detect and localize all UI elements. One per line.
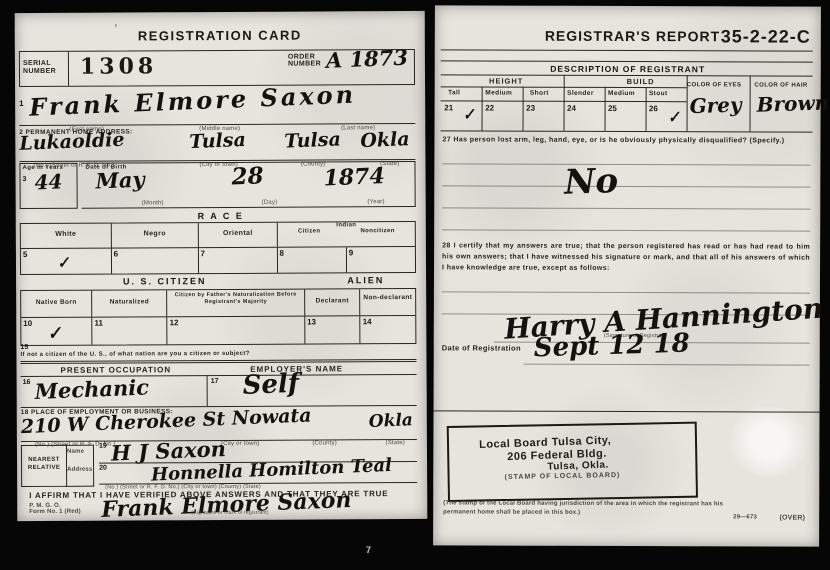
declarant-label: Declarant [305,289,360,304]
frame-page-mark: 7 [366,545,371,555]
row-number: 3 [23,176,27,183]
short-label: Short [530,90,549,97]
nation-question-row: 15 If not a citizen of the U. S., of wha… [20,345,416,362]
scan-artifact [723,406,813,476]
footer-form-code: 29—673 [733,514,757,520]
local-board-stamp-box: Local Board Tulsa City, 206 Federal Bldg… [447,422,698,502]
slender-label: Slender [567,90,594,97]
citizen-by-father-label: Citizen by Father's Naturalization Befor… [167,290,304,307]
serial-number-value: 1308 [80,53,157,79]
present-occupation-header: PRESENT OCCUPATION [61,365,172,375]
report-code: 35-2-22-C [721,26,811,47]
dob-day-value: 28 [231,162,264,190]
race-col-indian-noncitizen-label: Noncitizen [360,228,394,234]
race-table: White Negro Oriental Indian Citizen Nonc… [20,221,416,275]
address-state-value: Okla [360,128,410,152]
stamp-caption: (The stamp of the Local Board having jur… [443,499,743,518]
registrars-report-card: REGISTRAR'S REPORT 35-2-22-C DESCRIPTION… [433,5,821,546]
ruled-line [442,207,810,209]
build-box-24: 24 [567,104,576,113]
employer-value: Self [242,369,300,401]
row-number: 15 [20,344,28,351]
row-number: 20 [99,465,107,472]
build-box-25: 25 [608,104,617,113]
scanned-draft-card: ³ REGISTRATION CARD SERIAL NUMBER 1308 O… [0,0,830,570]
us-citizen-header: U. S. CITIZEN [123,276,207,286]
serial-order-row: SERIAL NUMBER 1308 ORDER NUMBER A 1873 [19,49,415,87]
race-col-oriental-label: Oriental [199,223,277,237]
report-title: REGISTRAR'S REPORT [545,28,720,45]
name-address-labels: Name Address [65,445,94,487]
ruled-line [524,364,810,366]
divider [207,375,208,406]
citizen-box-14: 14 [363,317,372,326]
medium-build-label: Medium [608,90,635,97]
ruled-line [442,163,810,165]
age-dob-row: Age in Years 3 44 Date of Birth May 28 1… [19,161,415,211]
checkmark-icon: ✓ [57,262,69,264]
race-box-9: 9 [349,248,354,257]
order-number-label: ORDER NUMBER [288,53,322,67]
citizen-alien-headers: U. S. CITIZEN ALIEN [20,275,416,289]
name-row: 1 Frank Elmore Saxon (First name) (Middl… [19,83,415,126]
registrant-signature-sublabel: (Signature or mark of registrant) [191,510,268,516]
address-city-value: Tulsa [189,129,246,153]
over-label: (OVER) [779,515,805,522]
dob-month-value: May [95,167,145,194]
divider [434,410,820,412]
row-number: 16 [23,379,31,386]
nation-question-text: If not a citizen of the U. S., of what n… [20,351,249,358]
medium-height-label: Medium [485,90,512,97]
registrant-name-value: Frank Elmore Saxon [29,80,357,122]
citizen-table: Native Born Naturalized Citizen by Fathe… [20,288,416,346]
stout-label: Stout [649,90,668,97]
race-col-negro-label: Negro [112,223,198,237]
nearest-relative-labelbox: NEARESTRELATIVE [21,445,67,487]
color-of-eyes-header: COLOR OF EYES [686,81,742,90]
report-title-row: REGISTRAR'S REPORT 35-2-22-C [435,27,813,28]
height-box-23: 23 [526,104,535,113]
description-header: DESCRIPTION OF REGISTRANT [435,63,821,74]
naturalized-label: Naturalized [92,290,166,305]
order-number-value: A 1873 [325,45,408,73]
build-box-26: 26 [649,104,658,113]
height-box-21: 21 [444,103,453,112]
divider [441,49,813,51]
citizen-box-11: 11 [94,319,103,328]
divider [441,60,813,62]
height-header: HEIGHT [489,77,523,86]
citizen-box-13: 13 [307,318,316,327]
alien-header: ALIEN [347,275,384,285]
disability-question: 27 Has person lost arm, leg, hand, eye, … [442,135,810,147]
hair-color-value: Brown [756,90,829,116]
race-box-5: 5 [23,250,28,259]
home-address-row: 2 PERMANENT HOME ADDRESS: Lukaoldie Tuls… [19,125,415,162]
citizen-box-12: 12 [170,318,179,327]
color-of-hair-header: COLOR OF HAIR [753,81,809,90]
checkmark-icon: ✓ [47,333,61,335]
registration-date-value: Sept 12 18 [533,329,690,364]
row-number: 1 [19,99,24,108]
ruled-line [442,291,810,293]
build-header: BUILD [627,77,655,86]
description-table: HEIGHT BUILD COLOR OF EYES COLOR OF HAIR… [441,74,813,132]
divider [68,52,69,86]
address-county-value: Tulsa [284,128,341,152]
race-col-indian-citizen-label: Citizen [298,228,320,234]
height-box-22: 22 [485,104,494,113]
citizen-box-10: 10 [23,319,32,328]
card-title: REGISTRATION CARD [15,27,425,44]
ruled-line [442,229,810,231]
checkmark-icon: ✓ [463,114,475,116]
serial-number-label: SERIAL NUMBER [23,60,65,77]
disability-answer-value: No [564,161,619,203]
race-box-7: 7 [200,249,205,258]
ruled-line [442,185,810,187]
pmgo-label: P. M. G. O.Form No. 1 (Red) [29,503,81,515]
registrant-signature-row: P. M. G. O.Form No. 1 (Red) Frank Elmore… [21,499,417,521]
race-box-6: 6 [114,250,119,259]
certification-text: 28 I certify that my answers are true; t… [442,241,810,275]
race-col-white-label: White [21,224,111,238]
dob-year-value: 1874 [323,163,385,191]
address-street-value: Lukaoldie [19,129,125,155]
checkmark-icon: ✓ [668,116,680,118]
dob-box: Date of Birth May 28 1874 (Month) (Day) … [81,161,415,209]
registration-card: ³ REGISTRATION CARD SERIAL NUMBER 1308 O… [15,11,428,521]
dob-sublabel-day: (Day) [262,200,278,206]
employment-state-value: Okla [368,410,413,432]
occupation-value: Mechanic [34,374,149,404]
nearest-relative-block: NEARESTRELATIVE Name Address 19 H J Saxo… [21,441,417,489]
row-number: 19 [99,443,107,450]
row-number: 17 [211,378,219,385]
native-born-label: Native Born [21,291,91,306]
dob-sublabel-year: (Year) [367,199,384,205]
non-declarant-label: Non-declarant [361,289,416,301]
race-box-8: 8 [279,249,284,258]
occupation-employer-row: PRESENT OCCUPATION EMPLOYER'S NAME 16 Me… [21,361,417,408]
age-value: 44 [34,169,63,194]
dob-sublabel-month: (Month) [142,200,164,206]
age-box: Age in Years 3 44 [19,163,77,209]
tall-label: Tall [448,89,460,96]
eye-color-value: Grey [689,92,742,118]
date-of-registration-label: Date of Registration [442,343,521,352]
